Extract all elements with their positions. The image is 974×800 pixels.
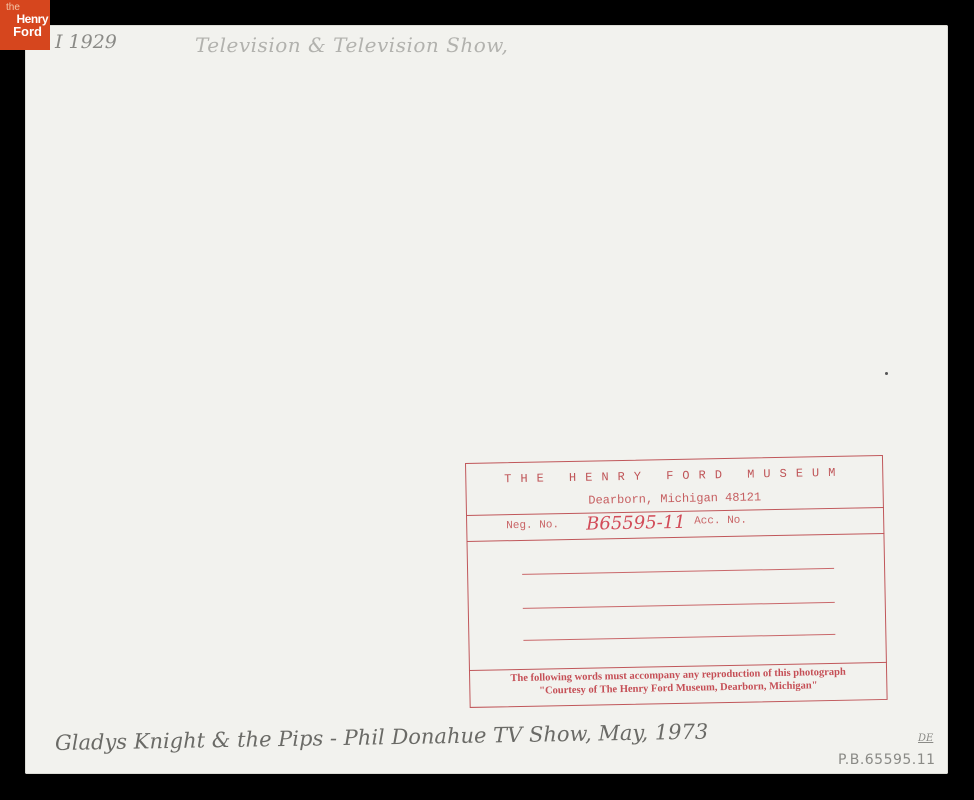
subject-heading: Television & Television Show, [195,33,508,57]
logo-ford: Ford [0,25,48,38]
photo-caption: Gladys Knight & the Pips - Phil Donahue … [55,720,709,755]
neg-number-label: Neg. No. [506,519,559,532]
henry-ford-logo[interactable]: the Henry Ford [0,0,50,50]
acc-number-label: Acc. No. [694,515,747,528]
museum-stamp: THE HENRY FORD MUSEUM Dearborn, Michigan… [465,455,888,708]
neg-number-value: B65595-11 [586,512,686,535]
initials: DE [918,733,933,744]
dust-speck [885,372,888,375]
catalog-number: I 1929 [55,31,117,53]
accession-number: P.B.65595.11 [838,752,936,768]
photo-back: I 1929 Television & Television Show, THE… [25,25,948,774]
